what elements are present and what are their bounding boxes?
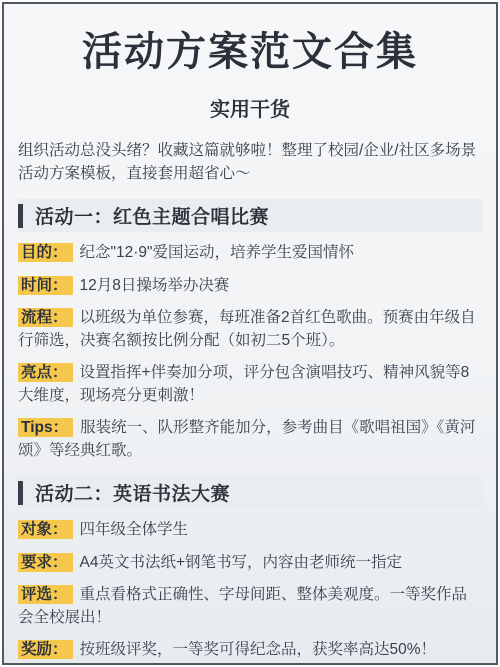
item-text: 服装统一、队形整齐能加分，参考曲目《歌唱祖国》《黄河颂》等经典红歌。 bbox=[18, 419, 475, 459]
detail-item: 评选：重点看格式正确性、字母间距、整体美观度。一等奖作品会全校展出！ bbox=[18, 584, 482, 629]
section-heading-text: 活动二：英语书法大赛 bbox=[35, 479, 230, 506]
detail-item: 亮点：设置指挥+伴奏加分项，评分包含演唱技巧、精神风貌等8大维度，现场亮分更刺激… bbox=[18, 362, 482, 407]
poster-content: 活动方案范文合集 实用干货 组织活动总没头绪？收藏这篇就够啦！整理了校园/企业/… bbox=[4, 4, 496, 662]
page-subtitle: 实用干货 bbox=[18, 99, 482, 121]
intro-paragraph: 组织活动总没头绪？收藏这篇就够啦！整理了校园/企业/社区多场景活动方案模板，直接… bbox=[18, 139, 482, 185]
item-text: 以班级为单位参赛，每班准备2首红色歌曲。预赛由年级自行筛选，决赛名额按比例分配（… bbox=[18, 309, 476, 349]
item-text: 纪念"12·9"爱国运动，培养学生爱国情怀 bbox=[80, 244, 355, 261]
section-heading-text: 活动一：红色主题合唱比赛 bbox=[35, 202, 269, 229]
item-label: 亮点： bbox=[18, 363, 73, 382]
item-label: Tips： bbox=[18, 418, 73, 437]
section-heading-bar bbox=[18, 481, 23, 505]
detail-item: 要求：A4英文书法纸+钢笔书写，内容由老师统一指定 bbox=[18, 552, 482, 575]
item-label: 评选： bbox=[18, 585, 73, 604]
item-label: 对象： bbox=[18, 520, 73, 539]
section-heading: 活动二：英语书法大赛 bbox=[18, 476, 482, 509]
section-heading: 活动一：红色主题合唱比赛 bbox=[18, 199, 482, 232]
item-text: 12月8日操场举办决赛 bbox=[80, 277, 230, 294]
section-activity-2: 活动二：英语书法大赛 对象：四年级全体学生 要求：A4英文书法纸+钢笔书写，内容… bbox=[18, 476, 482, 662]
item-label: 要求： bbox=[18, 553, 73, 572]
poster-frame: 活动方案范文合集 实用干货 组织活动总没头绪？收藏这篇就够啦！整理了校园/企业/… bbox=[2, 2, 498, 665]
detail-item: Tips：服装统一、队形整齐能加分，参考曲目《歌唱祖国》《黄河颂》等经典红歌。 bbox=[18, 417, 482, 462]
item-text: 按班级评奖，一等奖可得纪念品，获奖率高达50%！ bbox=[80, 641, 437, 658]
item-text: 四年级全体学生 bbox=[80, 521, 189, 538]
detail-item: 对象：四年级全体学生 bbox=[18, 519, 482, 542]
item-text: 重点看格式正确性、字母间距、整体美观度。一等奖作品会全校展出！ bbox=[18, 586, 467, 626]
item-text: A4英文书法纸+钢笔书写，内容由老师统一指定 bbox=[80, 554, 403, 571]
section-heading-bar bbox=[18, 204, 23, 228]
page-title: 活动方案范文合集 bbox=[18, 28, 482, 74]
item-text: 设置指挥+伴奏加分项，评分包含演唱技巧、精神风貌等8大维度，现场亮分更刺激！ bbox=[18, 364, 469, 404]
item-label: 流程： bbox=[18, 308, 73, 327]
detail-item: 奖励：按班级评奖，一等奖可得纪念品，获奖率高达50%！ bbox=[18, 639, 482, 662]
item-label: 时间： bbox=[18, 276, 73, 295]
detail-item: 目的：纪念"12·9"爱国运动，培养学生爱国情怀 bbox=[18, 242, 482, 265]
item-label: 目的： bbox=[18, 243, 73, 262]
detail-item: 流程：以班级为单位参赛，每班准备2首红色歌曲。预赛由年级自行筛选，决赛名额按比例… bbox=[18, 307, 482, 352]
detail-item: 时间：12月8日操场举办决赛 bbox=[18, 275, 482, 298]
section-activity-1: 活动一：红色主题合唱比赛 目的：纪念"12·9"爱国运动，培养学生爱国情怀 时间… bbox=[18, 199, 482, 462]
item-label: 奖励： bbox=[18, 640, 73, 659]
